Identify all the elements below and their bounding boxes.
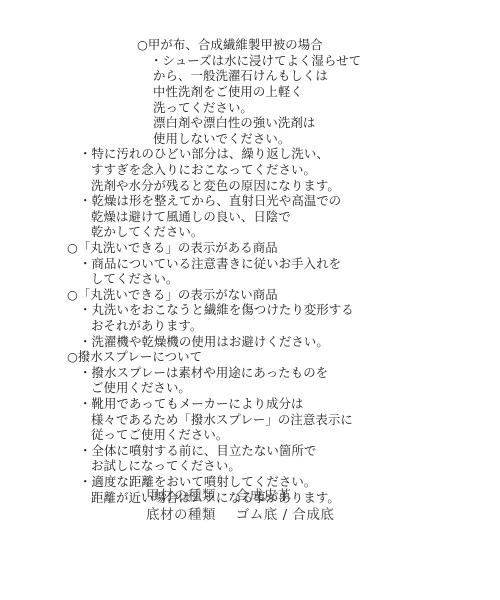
instruction-line: おそれがあります。 <box>91 318 202 333</box>
instruction-line: ・丸洗いをおこなうと繊維を傷つけたり変形する <box>79 302 354 317</box>
instruction-line: ・特に汚れのひどい部分は、繰り返し洗い、 <box>79 146 329 161</box>
instruction-line: ご使用ください。 <box>91 380 191 395</box>
instruction-line: 乾燥は避けて風通しの良い、日陰で <box>91 209 291 224</box>
instruction-line: すすぎを念入りにおこなってください。 <box>91 162 316 177</box>
instruction-line: 使用しないでください。 <box>153 131 290 146</box>
sole-material-label: 底材の種類 <box>146 506 231 524</box>
instruction-line: 従ってご使用ください。 <box>91 427 228 442</box>
instruction-line: ・シューズは水に浸けてよく湿らせて <box>150 53 361 68</box>
instruction-line: してください。 <box>91 271 178 286</box>
instruction-line: から、一般洗濯石けんもしくは <box>153 68 328 83</box>
section-heading: ○「丸洗いできる」の表示がない商品 <box>67 287 278 302</box>
instruction-line: ・洗濯機や乾燥機の使用はお避けください。 <box>79 334 329 349</box>
instruction-line: 漂白剤や漂白性の強い洗剤は <box>153 115 315 130</box>
instruction-line: 中性洗剤をご使用の上軽く <box>153 84 303 99</box>
sole-material-value: ゴム底 / 合成底 <box>236 507 335 523</box>
instruction-line: お試しになってください。 <box>91 458 241 473</box>
sole-material-row: 底材の種類 ゴム底 / 合成底 <box>146 506 334 524</box>
instruction-line: ○甲が布、合成繊維製甲被の場合 <box>137 37 323 52</box>
section-heading: ○撥水スプレーについて <box>67 349 202 364</box>
instruction-line: ・商品についている注意書きに従いお手入れを <box>79 256 341 271</box>
instruction-line: ・撥水スプレーは素材や用途にあったものを <box>79 365 328 380</box>
instruction-line: 洗剤や水分が残ると変色の原因になります。 <box>91 178 340 193</box>
instruction-line: 乾かしてください。 <box>91 224 203 239</box>
instruction-line: ・靴用であってもメーカーにより成分は <box>79 396 303 411</box>
instruction-line: ・全体に噴射する前に、目立たない箇所で <box>79 443 316 458</box>
upper-material-row: 甲材の種類 合成皮革 <box>146 487 292 505</box>
upper-material-value: 合成皮革 <box>236 488 292 504</box>
instruction-line: 洗ってください。 <box>153 100 253 115</box>
instruction-line: 様々であるため「撥水スプレー」の注意表示に <box>91 412 353 427</box>
upper-material-label: 甲材の種類 <box>146 487 231 505</box>
section-heading: ○「丸洗いできる」の表示がある商品 <box>67 240 278 255</box>
instruction-line: ・乾燥は形を整えてから、直射日光や高温での <box>79 193 341 208</box>
